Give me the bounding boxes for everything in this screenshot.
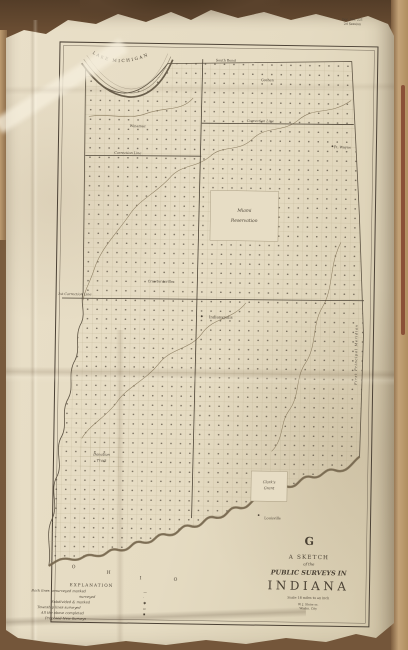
- town-label-crawfordsville: Crawfordsville: [148, 279, 173, 283]
- legend-row-symbol: ▫: [143, 607, 145, 611]
- town-label-south-bend: South Bend: [216, 58, 237, 62]
- title-block: G A SKETCH of the PUBLIC SURVEYS IN INDI…: [267, 534, 350, 611]
- correction-line-west-label: Correction Line: [114, 151, 141, 155]
- miami-reservation-label-1: Miami: [236, 209, 252, 214]
- town-label-ft-wayne: Ft. Wayne: [334, 145, 351, 149]
- legend-row-symbol: ·: [143, 596, 144, 600]
- photo-of-antique-map: Doc. No. 221 2d Session LAKE MICHIGAN O …: [0, 0, 408, 650]
- ohio-letter-1: O: [72, 564, 76, 570]
- map-engraving: Doc. No. 221 2d Session LAKE MICHIGAN O …: [0, 0, 408, 650]
- town-dot-louisville: [258, 514, 260, 516]
- legend-row-label: Subdivided & marked: [51, 600, 91, 605]
- correction-line-east-label: Correction Line: [247, 119, 274, 123]
- town-label-indianapolis: Indianapolis: [209, 314, 233, 319]
- legend-row-label: Township lines surveyed: [37, 605, 81, 610]
- ohio-letter-3: I: [140, 575, 142, 581]
- donation-tract-label-1: Donation: [92, 452, 110, 456]
- legend-row-label: All the above completed: [40, 611, 85, 616]
- session-note: 2d Session: [344, 22, 361, 26]
- correction-line-full-label: 1st Correction Line: [58, 292, 91, 297]
- miami-reservation-label-2: Reservation: [230, 219, 258, 224]
- legend-row-symbol: ✱: [143, 601, 147, 605]
- title-line-4: INDIANA: [267, 578, 349, 593]
- plate-letter: G: [304, 535, 314, 548]
- legend-row-symbol: —: [143, 590, 147, 594]
- title-line-2: of the: [303, 561, 315, 566]
- town-label-goshen: Goshen: [261, 78, 275, 82]
- legend-block: EXPLANATION Back lines unsurveyed marked…: [30, 582, 148, 622]
- donation-tract-label-2: Tract: [97, 459, 107, 463]
- town-label-winamac: Winamac: [130, 124, 146, 128]
- lake-michigan-label: LAKE MICHIGAN: [91, 51, 150, 65]
- legend-heading: EXPLANATION: [70, 582, 114, 588]
- legend-row-symbol: ▪: [143, 612, 146, 616]
- title-line-3: PUBLIC SURVEYS IN: [270, 568, 348, 577]
- clarks-grant-label-1: Clark's: [263, 480, 276, 484]
- ohio-letter-2: H: [107, 570, 111, 576]
- title-line-1: A SKETCH: [288, 555, 329, 562]
- miami-reservation-area: [210, 190, 279, 241]
- legend-row-label: surveyed: [79, 595, 96, 599]
- legend-row-label: Back lines unsurveyed marked: [30, 589, 86, 594]
- title-scale: Scale 18 miles to an inch: [287, 596, 330, 601]
- legend-row-label: Proposed New Surveys: [44, 616, 86, 621]
- map-content-layer: Doc. No. 221 2d Session LAKE MICHIGAN O …: [0, 0, 408, 650]
- ohio-letter-4: O: [174, 577, 178, 583]
- clarks-grant-label-2: Grant: [264, 486, 275, 490]
- town-label-louisville: Louisville: [264, 516, 281, 520]
- title-imprint-2: Washn. City: [299, 606, 317, 610]
